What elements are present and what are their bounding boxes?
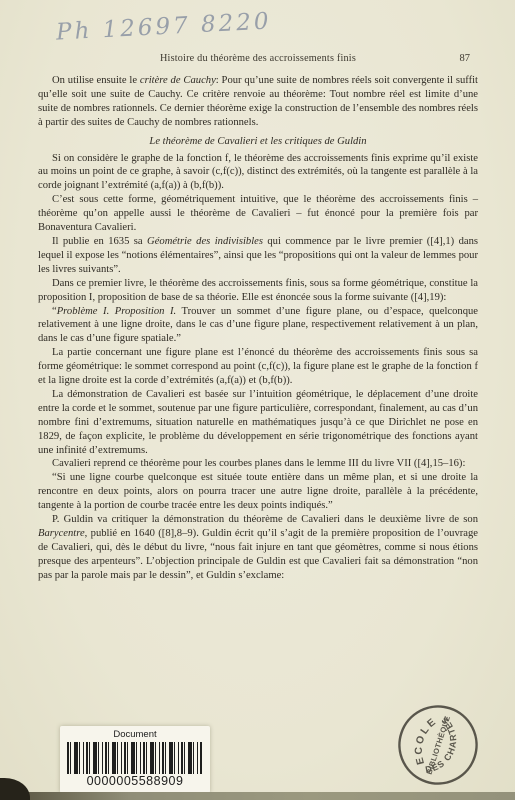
paragraph: Si on considère le graphe de la fonction… bbox=[38, 152, 478, 194]
section-heading: Le théorème de Cavalieri et les critique… bbox=[38, 135, 478, 149]
scan-corner-shadow bbox=[0, 778, 30, 800]
paragraph: P. Guldin va critiquer la démonstration … bbox=[38, 513, 478, 583]
running-head-title: Histoire du théorème des accroissements … bbox=[38, 53, 478, 64]
library-stamp-icon: ECOLE DES CHARTES BIBLIOTHÈQUE bbox=[391, 698, 485, 792]
page-number: 87 bbox=[460, 53, 471, 64]
paragraph: C’est sous cette forme, géométriquement … bbox=[38, 193, 478, 235]
handwritten-note: Ph 12697 8220 bbox=[55, 8, 272, 45]
barcode-label: Document 0000005588909 bbox=[60, 726, 210, 793]
scanned-book-page: Ph 12697 8220 Histoire du théorème des a… bbox=[0, 0, 515, 800]
paragraph: Cavalieri reprend ce théorème pour les c… bbox=[38, 457, 478, 471]
text-block: On utilise ensuite le critère de Cauchy:… bbox=[38, 74, 478, 583]
paragraph: La partie concernant une figure plane es… bbox=[38, 346, 478, 388]
paragraph: La démonstration de Cavalieri est basée … bbox=[38, 388, 478, 458]
barcode-number: 0000005588909 bbox=[60, 774, 210, 789]
paragraph: “Problème I. Proposition I. Trouver un s… bbox=[38, 305, 478, 347]
running-head: Histoire du théorème des accroissements … bbox=[38, 53, 478, 67]
paragraph: On utilise ensuite le critère de Cauchy:… bbox=[38, 74, 478, 130]
paragraph: Dans ce premier livre, le théorème des a… bbox=[38, 277, 478, 305]
scan-edge-shadow bbox=[0, 792, 515, 800]
paragraph: “Si une ligne courbe quelconque est situ… bbox=[38, 471, 478, 513]
paragraph: Il publie en 1635 sa Géométrie des indiv… bbox=[38, 235, 478, 277]
barcode-icon bbox=[67, 742, 203, 774]
barcode-title: Document bbox=[60, 730, 210, 740]
